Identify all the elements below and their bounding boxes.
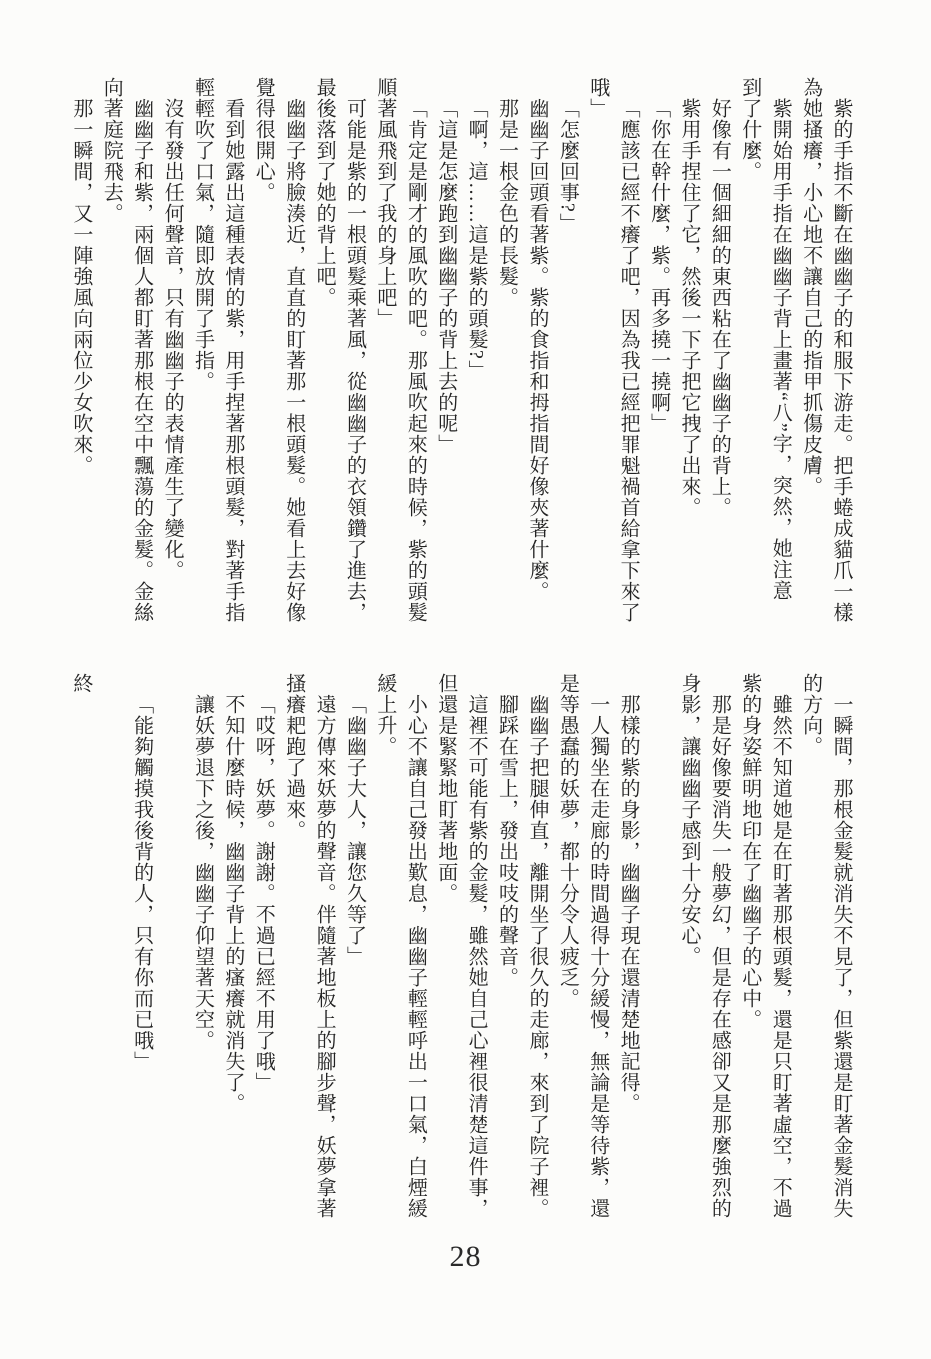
text-column: 「幽幽子大人，讓您久等了」 [339,673,369,1221]
text-block-bottom: 一瞬間，那根金髮就消失不見了，但紫還是盯著金髮消失的方向。雖然不知道她是在盯著那… [65,673,856,1221]
text-column: 是等愚蠢的妖夢，都十分令人疲乏。 [552,673,582,1221]
page-number: 28 [0,1240,931,1274]
text-column: 雖然不知道她是在盯著那根頭髮，還是只盯著虛空，不過 [765,673,795,1221]
text-column: 哦」 [582,77,612,625]
text-column: 紫開始用手指在幽幽子背上畫著“八”字，突然，她注意 [765,77,795,625]
text-column: 向著庭院飛去。 [96,77,126,625]
text-column: 那樣的紫的身影，幽幽子現在還清楚地記得。 [613,673,643,1221]
text-column: 幽幽子和紫，兩個人都盯著那根在空中飄蕩的金髮。金絲 [126,77,156,625]
text-column: 「你在幹什麼，紫。再多撓一撓啊」 [643,77,673,625]
text-column: 但還是緊緊地盯著地面。 [430,673,460,1221]
text-column: 順著風飛到了我的身上吧」 [370,77,400,625]
text-column: 覺得很開心。 [248,77,278,625]
text-column: 紫的手指不斷在幽幽子的和服下游走。把手蜷成貓爪一樣 [826,77,856,625]
text-column: 紫用手捏住了它，然後一下子把它拽了出來。 [674,77,704,625]
text-column: 小心不讓自己發出歎息，幽幽子輕輕呼出一口氣，白煙緩 [400,673,430,1221]
text-column: 腳踩在雪上，發出吱吱的聲音。 [491,673,521,1221]
text-column: 「能夠觸摸我後背的人，只有你而已哦」 [126,673,156,1221]
text-column: 到了什麼。 [734,77,764,625]
text-column: 好像有一個細細的東西粘在了幽幽子的背上。 [704,77,734,625]
text-column: 為她搔癢，小心地不讓自己的指甲抓傷皮膚。 [795,77,825,625]
end-marker: 終 [65,673,95,1221]
text-column: 讓妖夢退下之後，幽幽子仰望著天空。 [187,673,217,1221]
text-column: 遠方傳來妖夢的聲音。伴隨著地板上的腳步聲，妖夢拿著 [309,673,339,1221]
text-column: 一瞬間，那根金髮就消失不見了，但紫還是盯著金髮消失 [826,673,856,1221]
text-column: 最後落到了她的背上吧。 [309,77,339,625]
text-column [96,673,126,1221]
text-column: 輕輕吹了口氣，隨即放開了手指。 [187,77,217,625]
text-column: 那一瞬間，又一陣強風向兩位少女吹來。 [65,77,95,625]
text-column: 「啊，這……這是紫的頭髮?」 [461,77,491,625]
text-column: 的方向。 [795,673,825,1221]
text-column: 可能是紫的一根頭髮乘著風，從幽幽子的衣領鑽了進去， [339,77,369,625]
text-column: 「怎麼回事?」 [552,77,582,625]
text-column: 那是一根金色的長髮。 [491,77,521,625]
text-column: 「哎呀，妖夢。謝謝。不過已經不用了哦」 [248,673,278,1221]
text-column: 「肯定是剛才的風吹的吧。那風吹起來的時候，紫的頭髮 [400,77,430,625]
text-column: 那是好像要消失一般夢幻，但是存在感卻又是那麼強烈的 [704,673,734,1221]
text-column: 搔癢耙跑了過來。 [278,673,308,1221]
text-column: 「這是怎麼跑到幽幽子的背上去的呢」 [430,77,460,625]
text-column: 紫的身姿鮮明地印在了幽幽子的心中。 [734,673,764,1221]
text-column: 「應該已經不癢了吧，因為我已經把罪魁禍首給拿下來了 [613,77,643,625]
text-column: 看到她露出這種表情的紫，用手捏著那根頭髮，對著手指 [217,77,247,625]
text-column: 一人獨坐在走廊的時間過得十分緩慢，無論是等待紫，還 [582,673,612,1221]
text-column [643,673,673,1221]
text-column: 不知什麼時候，幽幽子背上的瘙癢就消失了。 [217,673,247,1221]
text-column: 沒有發出任何聲音，只有幽幽子的表情產生了變化。 [157,77,187,625]
text-column: 身影，讓幽幽子感到十分安心。 [674,673,704,1221]
text-column: 幽幽子將臉湊近，直直的盯著那一根頭髮。她看上去好像 [278,77,308,625]
text-column [157,673,187,1221]
text-block-top: 紫的手指不斷在幽幽子的和服下游走。把手蜷成貓爪一樣為她搔癢，小心地不讓自己的指甲… [65,77,856,625]
scanned-novel-page: 紫的手指不斷在幽幽子的和服下游走。把手蜷成貓爪一樣為她搔癢，小心地不讓自己的指甲… [0,0,931,1359]
text-column: 這裡不可能有紫的金髮，雖然她自己心裡很清楚這件事， [461,673,491,1221]
text-column: 幽幽子回頭看著紫。紫的食指和拇指間好像夾著什麼。 [522,77,552,625]
text-column: 緩上升。 [370,673,400,1221]
text-column: 幽幽子把腿伸直，離開坐了很久的走廊，來到了院子裡。 [522,673,552,1221]
